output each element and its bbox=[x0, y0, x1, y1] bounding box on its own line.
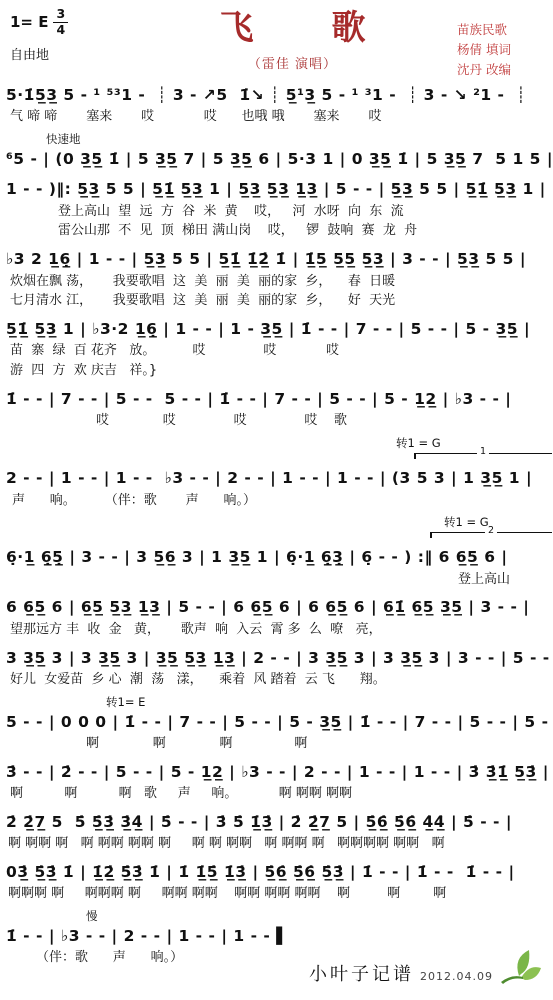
direction-mark: 转1 = G bbox=[444, 517, 489, 529]
title-block: 飞 歌 （雷佳 演唱） bbox=[128, 8, 457, 80]
notation-row: 3̇ - - | 2̇ - - | 5 - - | 5 - 1̲2̲ | ♭3 … bbox=[6, 761, 551, 784]
score-line-5: 5̲1̲̇ 5̲3̲ 1 | ♭3·2 1̲6̲̣ | 1 - - | 1 - … bbox=[6, 318, 551, 381]
volta-number: 1 bbox=[477, 447, 489, 457]
lyrics-row: 啊 啊 啊 啊 bbox=[6, 735, 551, 754]
lyrics-row: 苗 寨 绿 百 花齐 放。 哎 哎 哎 bbox=[6, 342, 551, 361]
lyrics-row: 登上高山 bbox=[6, 571, 551, 590]
lyrics-row: 七月清水 江， 我要歌唱 这 美 丽 美 丽的家 乡， 好 天光 bbox=[6, 292, 551, 311]
score-header: 1= E 3 4 自由地 飞 歌 （雷佳 演唱） 苗族民歌 杨倩 填词 沈丹 改… bbox=[0, 0, 553, 82]
time-signature-numerator: 3 bbox=[53, 8, 68, 23]
lyrics-row: 登上高山 望 远 方 谷 米 黄 哎， 河 水呀 向 东 流 bbox=[6, 203, 551, 222]
notation-row: 5̲1̲̇ 5̲3̲ 1 | ♭3·2 1̲6̲̣ | 1 - - | 1 - … bbox=[6, 318, 551, 341]
tempo-marking: 自由地 bbox=[10, 44, 128, 63]
volta-number: 2 bbox=[485, 526, 497, 536]
lyrics-row: 声 响。 （伴：歌 声 响。） bbox=[6, 492, 551, 511]
direction-mark: 慢 bbox=[86, 911, 98, 923]
direction-mark: 转1 = G bbox=[396, 438, 441, 450]
lyrics-row: 啊 啊 啊 歌 声 响。 啊 啊啊 啊啊 bbox=[6, 785, 551, 804]
notation-row: ⁶5 - | (0 3̲5̲ 1̇ | 5 3̲5̲ 7 | 5 3̲5̲ 6 … bbox=[6, 148, 551, 171]
score: 5·1̇5̲3̲ 5 - ¹ ⁵³1 - ┊ 3 - ↗5 1̇↘ ┊ 5̲¹3… bbox=[0, 82, 553, 968]
lyrics-row: 啊啊啊 啊 啊啊啊 啊 啊啊 啊啊 啊啊 啊啊 啊啊 啊 啊 啊 bbox=[6, 885, 551, 904]
score-line-14: 03̲̇ 5̲̇3̲̇ 1̇ | 1̲̇2̲̇ 5̲̇3̲̇ 1̇ | 1̇ 1… bbox=[6, 861, 551, 904]
lyrics-row: 雷公山那 不 见 顶 梯田 满山岗 哎， 锣 鼓响 赛 龙 舟 bbox=[6, 222, 551, 241]
score-line-7: 转1 = G12 - - | 1 - - | 1 - - ♭3 - - | 2 … bbox=[6, 438, 551, 510]
song-title: 飞 歌 bbox=[128, 8, 457, 49]
notation-row: 03̲̇ 5̲̇3̲̇ 1̇ | 1̲̇2̲̇ 5̲̇3̲̇ 1̇ | 1̇ 1… bbox=[6, 861, 551, 884]
lyrics-row: 好儿 女爱苗 乡 心 潮 荡 漾， 乘着 风 踏着 云 飞 翔。 bbox=[6, 671, 551, 690]
score-line-3: 1 - - )‖: 5̲3̲ 5 5 | 5̲1̲̇ 5̲3̲ 1 | 5̲3̲… bbox=[6, 178, 551, 241]
lyrics-row: 望那远方 丰 收 金 黄， 歌声 响 入云 霄 多 么 嘹 亮， bbox=[6, 621, 551, 640]
lyrics-row: 炊烟在飘 荡， 我要歌唱 这 美 丽 美 丽的家 乡， 春 日暖 bbox=[6, 273, 551, 292]
notation-row: 2 - - | 1 - - | 1 - - ♭3 - - | 2 - - | 1… bbox=[6, 467, 551, 490]
notation-row: 5·1̇5̲3̲ 5 - ¹ ⁵³1 - ┊ 3 - ↗5 1̇↘ ┊ 5̲¹3… bbox=[6, 84, 551, 107]
key-tempo-block: 1= E 3 4 自由地 bbox=[10, 8, 128, 80]
score-line-11: 转1= E5 - - | 0 0 0 | 1̇ - - | 7 - - | 5 … bbox=[6, 697, 551, 754]
credits-block: 苗族民歌 杨倩 填词 沈丹 改编 bbox=[457, 8, 545, 80]
notation-row: 1̇ - - | 7 - - | 5 - - 5 - - | 1̇ - - | … bbox=[6, 388, 551, 411]
direction-mark: 快速地 bbox=[46, 134, 81, 146]
score-line-8: 转1 = G26̣·1̲ 6̲̣5̲̣ | 3 - - | 3 5̲6̲ 3 |… bbox=[6, 517, 551, 589]
lyrics-row: 啊 啊啊 啊 啊 啊啊 啊啊 啊 啊 啊 啊啊 啊 啊啊 啊 啊啊啊啊 啊啊 啊 bbox=[6, 835, 551, 854]
notation-row: 6̣·1̲ 6̲̣5̲̣ | 3 - - | 3 5̲6̲ 3 | 1 3̲5̲… bbox=[6, 546, 551, 569]
notation-row: 1 - - )‖: 5̲3̲ 5 5 | 5̲1̲̇ 5̲3̲ 1 | 5̲3̲… bbox=[6, 178, 551, 201]
score-line-9: 6 6̲5̲ 6 | 6̲5̲ 5̲3̲ 1̲3̲ | 5 - - | 6 6̲… bbox=[6, 596, 551, 639]
volta-bracket-1: 1 bbox=[414, 453, 552, 459]
notation-row: 2̇ 2̲̇7̲ 5 5̇ 5̲̇3̲̇ 3̲̇4̲̇ | 5̇ - - | 3… bbox=[6, 811, 551, 834]
score-line-1: 5·1̇5̲3̲ 5 - ¹ ⁵³1 - ┊ 3 - ↗5 1̇↘ ┊ 5̲¹3… bbox=[6, 84, 551, 127]
score-line-12: 3̇ - - | 2̇ - - | 5 - - | 5 - 1̲2̲ | ♭3 … bbox=[6, 761, 551, 804]
transcriber-signature: 小叶子记谱 bbox=[309, 960, 414, 986]
score-line-6: 1̇ - - | 7 - - | 5 - - 5 - - | 1̇ - - | … bbox=[6, 388, 551, 431]
notation-row: ♭3 2 1̲6̲̣ | 1 - - | 5̲3̲ 5 5 | 5̲1̲̇ 1̲… bbox=[6, 248, 551, 271]
score-line-2: 快速地⁶5 - | (0 3̲5̲ 1̇ | 5 3̲5̲ 7 | 5 3̲5̲… bbox=[6, 134, 551, 171]
volta-bracket-2: 2 bbox=[430, 532, 552, 538]
footer: 小叶子记谱 2012.04.09 bbox=[309, 946, 543, 986]
notation-row: 1̇ - - | ♭3 - - | 2 - - | 1 - - | 1 - - … bbox=[6, 925, 551, 948]
time-signature: 3 4 bbox=[53, 8, 68, 36]
notation-row: 6 6̲5̲ 6 | 6̲5̲ 5̲3̲ 1̲3̲ | 5 - - | 6 6̲… bbox=[6, 596, 551, 619]
score-line-4: ♭3 2 1̲6̲̣ | 1 - - | 5̲3̲ 5 5 | 5̲1̲̇ 1̲… bbox=[6, 248, 551, 311]
notation-row: 5 - - | 0 0 0 | 1̇ - - | 7 - - | 5 - - |… bbox=[6, 711, 551, 734]
lyrics-row: 哎 哎 哎 哎 歌 bbox=[6, 412, 551, 431]
score-line-13: 2̇ 2̲̇7̲ 5 5̇ 5̲̇3̲̇ 3̲̇4̲̇ | 5̇ - - | 3… bbox=[6, 811, 551, 854]
transcription-date: 2012.04.09 bbox=[420, 970, 493, 986]
leaf-logo-icon bbox=[499, 946, 543, 986]
time-signature-denominator: 4 bbox=[56, 23, 65, 37]
lyrics-row: 气 啼 啼 塞来 哎 哎 也哦 哦 塞来 哎 bbox=[6, 108, 551, 127]
lyrics-row: 游 四 方 欢 庆吉 祥。} bbox=[6, 362, 551, 381]
performer-subtitle: （雷佳 演唱） bbox=[128, 53, 457, 72]
key-signature: 1= E bbox=[10, 13, 48, 31]
notation-row: 3 3̲5̲ 3 | 3 3̲5̲ 3 | 3̲5̲ 5̲3̲ 1̲3̲ | 2… bbox=[6, 647, 551, 670]
score-line-10: 3 3̲5̲ 3 | 3 3̲5̲ 3 | 3̲5̲ 5̲3̲ 1̲3̲ | 2… bbox=[6, 647, 551, 690]
direction-mark: 转1= E bbox=[106, 697, 145, 709]
